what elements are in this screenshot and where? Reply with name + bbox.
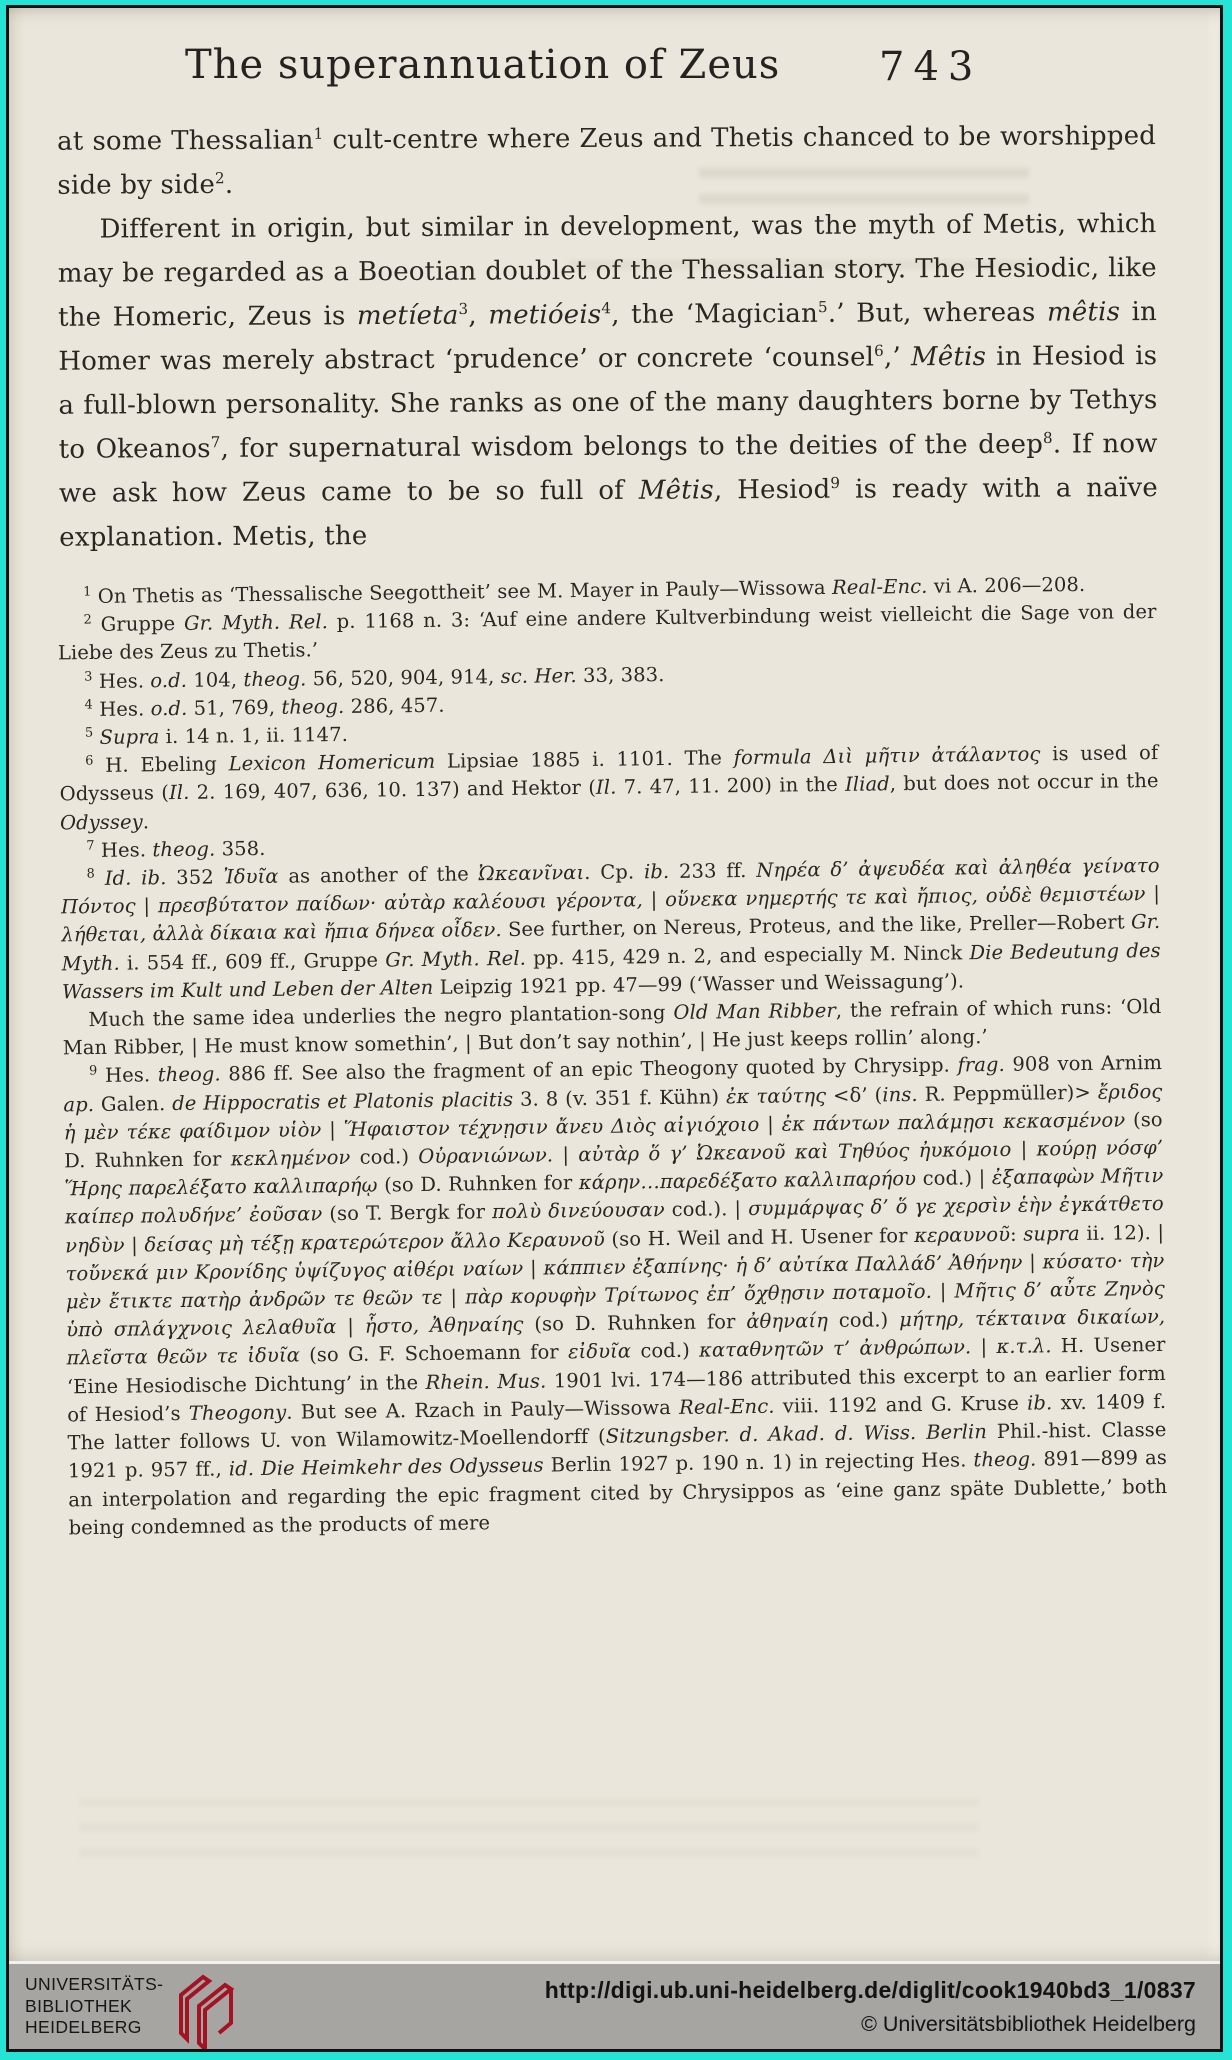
text-run: cod.). | bbox=[665, 1198, 749, 1222]
text-run: (so D. Ruhnken for bbox=[523, 1310, 746, 1336]
footnote: 6 H. Ebeling Lexicon Homericum Lipsiae 1… bbox=[59, 739, 1159, 837]
text-run: , but does not occur in the bbox=[890, 769, 1159, 795]
text-run: frag. bbox=[957, 1053, 1005, 1077]
text-run: 33, 383. bbox=[577, 663, 665, 687]
note-ref: 9 bbox=[830, 474, 840, 492]
library-name-line1: UNIVERSITÄTS- bbox=[25, 1974, 163, 1996]
text-run: 7. 47, 11. 200) in the bbox=[616, 773, 845, 799]
text-run: theog. bbox=[243, 667, 306, 691]
page-title: The superannuation of Zeus bbox=[185, 42, 780, 88]
text-run: , Hesiod bbox=[714, 475, 831, 506]
page-header: The superannuation of Zeus 743 bbox=[57, 36, 1156, 114]
text-run: Old Man Ribber bbox=[673, 999, 836, 1024]
scan-frame: The superannuation of Zeus 743 at some T… bbox=[6, 5, 1223, 2052]
viewer-footer: UNIVERSITÄTS- BIBLIOTHEK HEIDELBERG http… bbox=[9, 1961, 1220, 2049]
text-run: Galen. bbox=[94, 1092, 172, 1116]
footnote-number: 8 bbox=[87, 867, 95, 882]
note-ref: 8 bbox=[1043, 429, 1053, 447]
footnote-number: 4 bbox=[84, 697, 92, 712]
text-run: Leipzig 1921 pp. 47—99 (‘Wasser und Weis… bbox=[433, 969, 964, 998]
text-run: Supra bbox=[99, 725, 159, 749]
note-ref: 5 bbox=[818, 298, 828, 316]
text-run: κάρην…παρεδέξατο καλλιπαρήου bbox=[579, 1167, 917, 1194]
text-run: Gruppe bbox=[101, 612, 185, 636]
text-run: 286, 457. bbox=[344, 694, 445, 718]
text-run: theog. bbox=[152, 837, 215, 861]
text-run: 886 ff. See also the fragment of an epic… bbox=[221, 1054, 958, 1086]
text-run: , the ‘Magician bbox=[611, 299, 818, 330]
note-ref: 1 bbox=[314, 125, 324, 143]
footnote-number: 3 bbox=[84, 669, 92, 684]
text-run: Lipsiae 1885 i. 1101. The bbox=[435, 746, 734, 773]
text-run: (so G. F. Schoemann for bbox=[300, 1341, 568, 1367]
text-run: See further, on Nereus, Proteus, and the… bbox=[502, 911, 1132, 942]
main-text: at some Thessalian1 cult-centre where Ze… bbox=[57, 114, 1158, 560]
note-ref: 4 bbox=[601, 299, 611, 317]
text-run: πολὺ δινεύουσαν bbox=[492, 1199, 665, 1224]
note-ref: 7 bbox=[211, 433, 221, 451]
text-run: κεραυνοῦ bbox=[914, 1223, 1010, 1247]
text-run: cod.) bbox=[350, 1145, 418, 1169]
page-content: The superannuation of Zeus 743 at some T… bbox=[9, 8, 1220, 1529]
text-run: Διὶ μῆτιν ἀτάλαντος bbox=[811, 743, 1040, 769]
text-run: R. Peppmüller)> bbox=[918, 1080, 1098, 1105]
text-run: κεκλημένον bbox=[231, 1146, 351, 1170]
page-showthrough bbox=[79, 1798, 979, 1858]
text-run: Sitzungsber. d. Akad. d. Wiss. Berlin bbox=[606, 1420, 987, 1448]
text-run: Iliad bbox=[845, 773, 890, 797]
text-run: Real-Enc. bbox=[832, 575, 928, 599]
paragraph: Different in origin, but similar in deve… bbox=[57, 202, 1158, 560]
text-run: . But see A. Rzach in Pauly—Wissowa bbox=[286, 1396, 679, 1424]
text-run: H. Ebeling bbox=[105, 753, 229, 778]
text-run: . Cp. bbox=[584, 860, 644, 884]
text-run: Ἰδυῖα bbox=[223, 865, 278, 889]
text-run: i. 554 ff., 609 ff., Gruppe bbox=[120, 948, 386, 974]
text-run: Gr. Myth. Rel. bbox=[184, 610, 328, 635]
footnote-number: 2 bbox=[83, 613, 91, 628]
text-run: Mêtis bbox=[639, 475, 714, 505]
text-run: . bbox=[225, 170, 234, 200]
text-run: Rhein. Mus. bbox=[425, 1369, 546, 1393]
footnote-number: 5 bbox=[85, 726, 93, 741]
text-run: . bbox=[143, 810, 150, 833]
text-run: Hes. bbox=[105, 1064, 158, 1088]
text-run: ἀθηναίη bbox=[746, 1309, 828, 1333]
text-run: ins. bbox=[882, 1083, 918, 1106]
text-run: Berlin 1927 p. 190 n. 1) in rejecting He… bbox=[544, 1449, 974, 1477]
footnote-number: 6 bbox=[85, 754, 93, 769]
text-run: (so T. Bergk for bbox=[322, 1201, 492, 1226]
footnote: 8 Id. ib. 352 Ἰδυῖα as another of the Ὠκ… bbox=[61, 852, 1162, 1006]
text-run: Id. ib. bbox=[105, 866, 167, 890]
text-run: 56, 520, 904, 914, bbox=[306, 665, 501, 690]
book-page: The superannuation of Zeus 743 at some T… bbox=[9, 8, 1220, 1961]
footnote-number: 7 bbox=[86, 838, 94, 853]
text-run: ib. bbox=[1027, 1391, 1052, 1414]
text-run: , for supernatural wisdom belongs to the… bbox=[220, 430, 1043, 464]
text-run: Hes. bbox=[99, 697, 151, 721]
text-run: sc. Her. bbox=[501, 664, 577, 688]
text-run: Gr. Myth. Rel. bbox=[385, 946, 526, 971]
text-run: at some Thessalian bbox=[57, 125, 314, 156]
text-run: κ.τ.λ. bbox=[996, 1335, 1051, 1359]
text-run: | bbox=[971, 1335, 996, 1358]
text-run: 2. 169, 407, 636, 10. 137) and Hektor ( bbox=[189, 776, 596, 804]
text-run: Theogony bbox=[189, 1401, 287, 1425]
note-ref: 3 bbox=[458, 300, 468, 318]
text-run: Mêtis bbox=[911, 342, 986, 372]
footnote-number: 1 bbox=[83, 585, 91, 600]
text-run: 104, bbox=[187, 668, 244, 692]
text-run: .’ But, whereas bbox=[828, 298, 1047, 329]
text-run: id. Die Heimkehr des Odysseus bbox=[229, 1454, 544, 1481]
text-run: Il. bbox=[596, 776, 617, 799]
text-run: : bbox=[1010, 1222, 1023, 1245]
text-run: 233 ff. bbox=[669, 859, 756, 883]
text-run: , bbox=[468, 300, 488, 330]
text-run: mêtis bbox=[1047, 297, 1120, 327]
text-run: καταθνητῶν τ’ ἀνθρώπων. bbox=[699, 1336, 971, 1362]
text-run: Odyssey bbox=[60, 810, 143, 834]
text-run: εἰδυῖα bbox=[568, 1340, 631, 1364]
text-run: supra bbox=[1023, 1222, 1080, 1246]
ub-heidelberg-logo-icon bbox=[173, 1967, 245, 2051]
footnotes: 1 On Thetis as ‘Thessalische Seegottheit… bbox=[57, 570, 1168, 1542]
library-name: UNIVERSITÄTS- BIBLIOTHEK HEIDELBERG bbox=[25, 1974, 163, 2039]
text-run: o.d. bbox=[150, 668, 187, 691]
footer-meta: http://digi.ub.uni-heidelberg.de/diglit/… bbox=[545, 1977, 1196, 2037]
text-run: ἐκ ταύτης bbox=[726, 1084, 826, 1108]
text-run: ib. bbox=[644, 860, 669, 883]
text-run: vi A. 206—208. bbox=[927, 573, 1085, 598]
text-run: Much the same idea underlies the negro p… bbox=[88, 1001, 673, 1031]
text-run: Il. bbox=[169, 781, 190, 804]
text-run: cod.) bbox=[828, 1308, 899, 1332]
text-run: 352 bbox=[166, 865, 223, 889]
text-run: 908 von Arnim bbox=[1005, 1051, 1162, 1076]
document-url: http://digi.ub.uni-heidelberg.de/diglit/… bbox=[545, 1977, 1196, 2004]
text-run: ap. bbox=[63, 1093, 94, 1116]
text-run: formula bbox=[734, 745, 812, 769]
text-run: Lexicon Homericum bbox=[229, 750, 436, 776]
text-run: metíeta bbox=[357, 301, 459, 332]
text-run: Real-Enc. bbox=[679, 1395, 775, 1419]
text-run: de Hippocratis et Platonis placitis bbox=[172, 1088, 513, 1115]
footnote: 9 Hes. theog. 886 ff. See also the fragm… bbox=[63, 1049, 1168, 1542]
text-run: Hes. bbox=[99, 669, 151, 693]
text-run: ii. 12). | bbox=[1080, 1221, 1165, 1245]
library-name-line2: BIBLIOTHEK bbox=[25, 1996, 163, 2018]
note-ref: 6 bbox=[874, 342, 884, 360]
text-run: as another of the bbox=[278, 862, 478, 887]
footnote-number: 9 bbox=[89, 1064, 97, 1079]
text-run: (so H. Weil and H. Usener for bbox=[605, 1224, 914, 1251]
text-run: Ὠκεανῖναι bbox=[478, 861, 584, 885]
text-run: cod.) | bbox=[916, 1166, 992, 1190]
text-run: 51, 769, bbox=[187, 696, 281, 720]
text-run: o.d. bbox=[151, 697, 188, 720]
text-run: theog. bbox=[281, 695, 344, 719]
text-run: 3. 8 (v. 351 f. Kühn) bbox=[513, 1085, 726, 1111]
page-number: 743 bbox=[879, 44, 982, 90]
copyright-notice: © Universitätsbibliothek Heidelberg bbox=[545, 2012, 1196, 2037]
text-run: cod.) bbox=[631, 1339, 699, 1363]
paragraph: at some Thessalian1 cult-centre where Ze… bbox=[57, 114, 1156, 208]
text-run: <δ’ ( bbox=[826, 1083, 882, 1107]
text-run: theog. bbox=[973, 1448, 1036, 1472]
text-run: viii. 1192 and G. Kruse bbox=[774, 1392, 1027, 1418]
text-run: ,’ bbox=[884, 342, 911, 372]
text-run: i. 14 n. 1, ii. 1147. bbox=[159, 723, 348, 748]
text-run: Hes. bbox=[101, 838, 153, 862]
text-run: 358. bbox=[215, 837, 265, 861]
text-run: metióeis bbox=[488, 300, 601, 331]
text-run: pp. 415, 429 n. 2, and especially M. Nin… bbox=[526, 941, 970, 969]
text-run: theog. bbox=[158, 1063, 221, 1087]
text-run: (so D. Ruhnken for bbox=[377, 1171, 579, 1196]
library-name-line3: HEIDELBERG bbox=[25, 2017, 163, 2039]
